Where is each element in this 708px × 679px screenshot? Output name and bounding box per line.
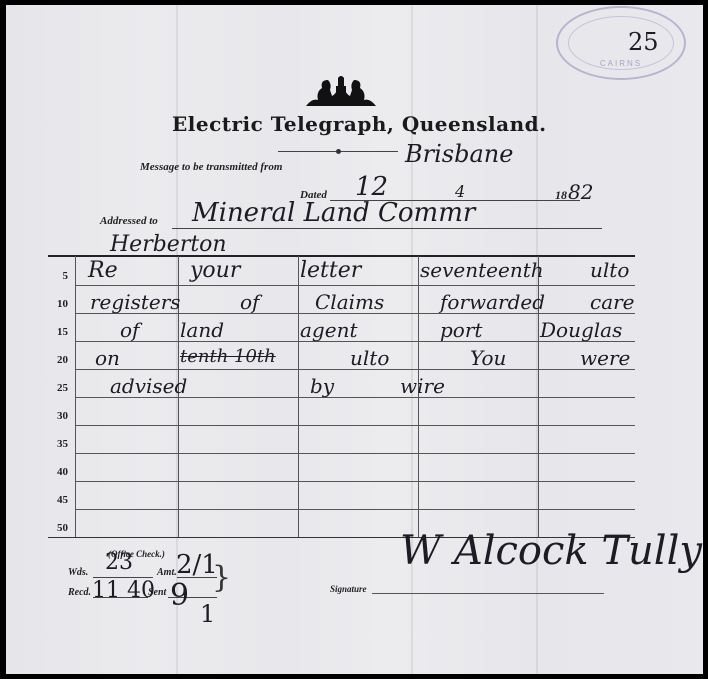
message-word: agent — [300, 318, 357, 342]
from-label: Message to be transmitted from — [140, 161, 282, 173]
message-word: ulto — [590, 258, 629, 282]
sent-label: Sent — [148, 587, 166, 598]
message-word: of — [240, 290, 259, 314]
message-word: port — [440, 318, 482, 342]
message-word: land — [180, 318, 224, 342]
message-word: care — [590, 290, 635, 314]
grid-row-line — [75, 509, 635, 510]
brace-mark: } — [212, 560, 231, 595]
message-word: advised — [110, 374, 187, 398]
message-word: Douglas — [540, 318, 622, 342]
message-word-struck: tenth 10th — [180, 346, 276, 367]
message-word: Claims — [315, 290, 384, 314]
row-number: 50 — [52, 522, 68, 534]
signature-value: W Alcock Tully — [400, 528, 702, 574]
addressed-line1: Mineral Land Commr — [192, 198, 475, 228]
message-word: seventeenth — [420, 258, 544, 282]
message-word: forwarded — [440, 290, 545, 314]
message-word: of — [120, 318, 139, 342]
message-word: Re — [88, 258, 118, 283]
grid-row-line — [75, 285, 635, 286]
row-number: 10 — [52, 298, 68, 310]
divider-dot — [336, 149, 341, 154]
message-word: your — [190, 258, 240, 283]
grid-row-line — [75, 481, 635, 482]
from-value: Brisbane — [405, 140, 513, 168]
message-word: You — [470, 346, 506, 370]
coat-of-arms-icon — [302, 72, 380, 108]
row-number: 20 — [52, 354, 68, 366]
message-word: ulto — [350, 346, 389, 370]
row-number: 35 — [52, 438, 68, 450]
message-word: were — [580, 346, 630, 370]
row-number: 30 — [52, 410, 68, 422]
addressed-line2: Herberton — [110, 232, 227, 257]
row-number: 5 — [52, 270, 68, 282]
received-label: Recd. — [68, 587, 91, 598]
office-stamp: CAIRNS — [556, 6, 686, 80]
row-number: 15 — [52, 326, 68, 338]
addressed-underline — [172, 228, 602, 229]
grid-row-line — [75, 453, 635, 454]
message-word: wire — [400, 374, 445, 398]
row-number: 45 — [52, 494, 68, 506]
received-value: 11 40 — [92, 578, 155, 603]
words-value: 23 — [105, 550, 133, 575]
row-number: 25 — [52, 382, 68, 394]
message-word: letter — [300, 258, 361, 283]
words-label: Wds. — [68, 567, 88, 578]
message-word: on — [95, 346, 120, 370]
stamp-office-name: CAIRNS — [558, 59, 684, 68]
addressed-label: Addressed to — [100, 215, 158, 227]
grid-row-line — [75, 425, 635, 426]
signature-underline — [372, 593, 604, 594]
signature-label: Signature — [330, 584, 367, 594]
form-title: Electric Telegraph, Queensland. — [172, 112, 547, 136]
dated-year-suffix: 82 — [568, 180, 593, 204]
message-word: registers — [90, 290, 181, 314]
extra-mark: 1 — [200, 600, 215, 628]
grid-top-rule — [48, 255, 635, 257]
amount-label: Amt. — [157, 567, 177, 578]
message-word: by — [310, 374, 334, 398]
stamp-number: 25 — [628, 28, 659, 56]
dated-year-prefix: 18 — [555, 188, 567, 203]
row-number: 40 — [52, 466, 68, 478]
sent-value: 9 — [170, 578, 189, 613]
